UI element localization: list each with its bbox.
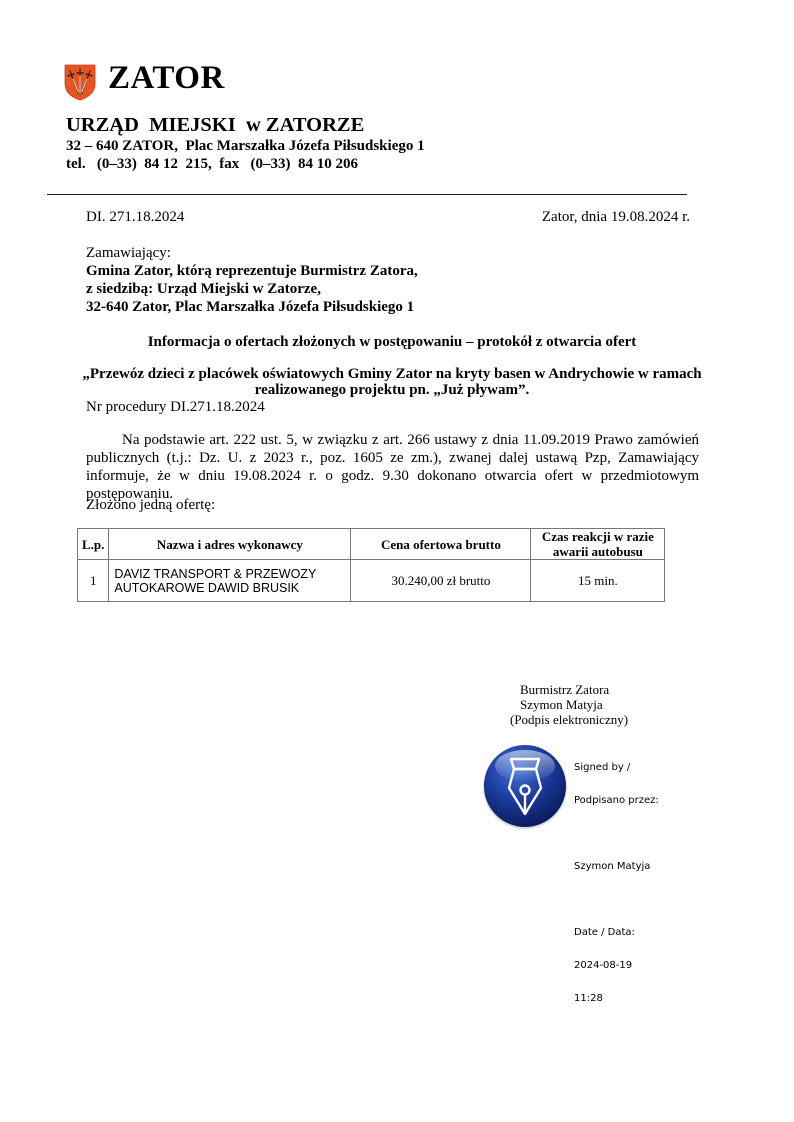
cell-response-time: 15 min. <box>531 560 665 602</box>
contractor-name-line: AUTOKAROWE DAWID BRUSIK <box>114 581 346 595</box>
offers-count: Złożono jedną ofertę: <box>86 496 215 514</box>
document-title: Informacja o ofertach złożonych w postęp… <box>86 333 698 351</box>
header-price: Cena ofertowa brutto <box>351 529 531 560</box>
buyer-line: Gmina Zator, którą reprezentuje Burmistr… <box>86 262 418 280</box>
signed-by-label: Signed by / <box>574 762 659 773</box>
cell-contractor: DAVIZ TRANSPORT & PRZEWOZY AUTOKAROWE DA… <box>109 560 351 602</box>
signer-name: Szymon Matyja <box>574 861 659 872</box>
header-divider <box>47 194 687 195</box>
signatory-title: Burmistrz Zatora <box>520 682 609 697</box>
fountain-pen-nib-icon <box>481 742 569 830</box>
signatory-name: Szymon Matyja <box>520 697 603 712</box>
signature-note: (Podpis elektroniczny) <box>510 712 628 727</box>
offers-table: L.p. Nazwa i adres wykonawcy Cena oferto… <box>77 528 665 602</box>
coat-of-arms-icon <box>64 64 96 101</box>
procedure-number: Nr procedury DI.271.18.2024 <box>86 398 265 416</box>
reference-number: DI. 271.18.2024 <box>86 208 184 226</box>
procurement-subject: „Przewóz dzieci z placówek oświatowych G… <box>80 366 704 398</box>
buyer-line: 32-640 Zator, Plac Marszałka Józefa Piłs… <box>86 298 414 316</box>
office-name: URZĄD MIEJSKI w ZATORZE <box>66 113 364 137</box>
office-address: 32 – 640 ZATOR, Plac Marszałka Józefa Pi… <box>66 137 425 155</box>
signature-date: 2024-08-19 <box>574 960 659 971</box>
date-label: Date / Data: <box>574 927 659 938</box>
header-lp: L.p. <box>78 529 109 560</box>
cell-price: 30.240,00 zł brutto <box>351 560 531 602</box>
table-row: 1 DAVIZ TRANSPORT & PRZEWOZY AUTOKAROWE … <box>78 560 665 602</box>
signed-by-label: Podpisano przez: <box>574 795 659 806</box>
header-contractor: Nazwa i adres wykonawcy <box>109 529 351 560</box>
cell-lp: 1 <box>78 560 109 602</box>
digital-signature-info: Signed by / Podpisano przez: Szymon Maty… <box>574 740 659 1015</box>
buyer-line: z siedzibą: Urząd Miejski w Zatorze, <box>86 280 321 298</box>
office-phone-fax: tel. (0–33) 84 12 215, fax (0–33) 84 10 … <box>66 155 358 173</box>
place-date: Zator, dnia 19.08.2024 r. <box>542 208 690 226</box>
header-response-time: Czas reakcji w razie awarii autobusu <box>531 529 665 560</box>
contractor-name-line: DAVIZ TRANSPORT & PRZEWOZY <box>114 567 346 581</box>
brand-wordmark: ZATOR <box>108 58 225 98</box>
table-header-row: L.p. Nazwa i adres wykonawcy Cena oferto… <box>78 529 665 560</box>
signature-time: 11:28 <box>574 993 659 1004</box>
legal-basis-paragraph: Na podstawie art. 222 ust. 5, w związku … <box>86 431 699 503</box>
buyer-label: Zamawiający: <box>86 244 171 262</box>
